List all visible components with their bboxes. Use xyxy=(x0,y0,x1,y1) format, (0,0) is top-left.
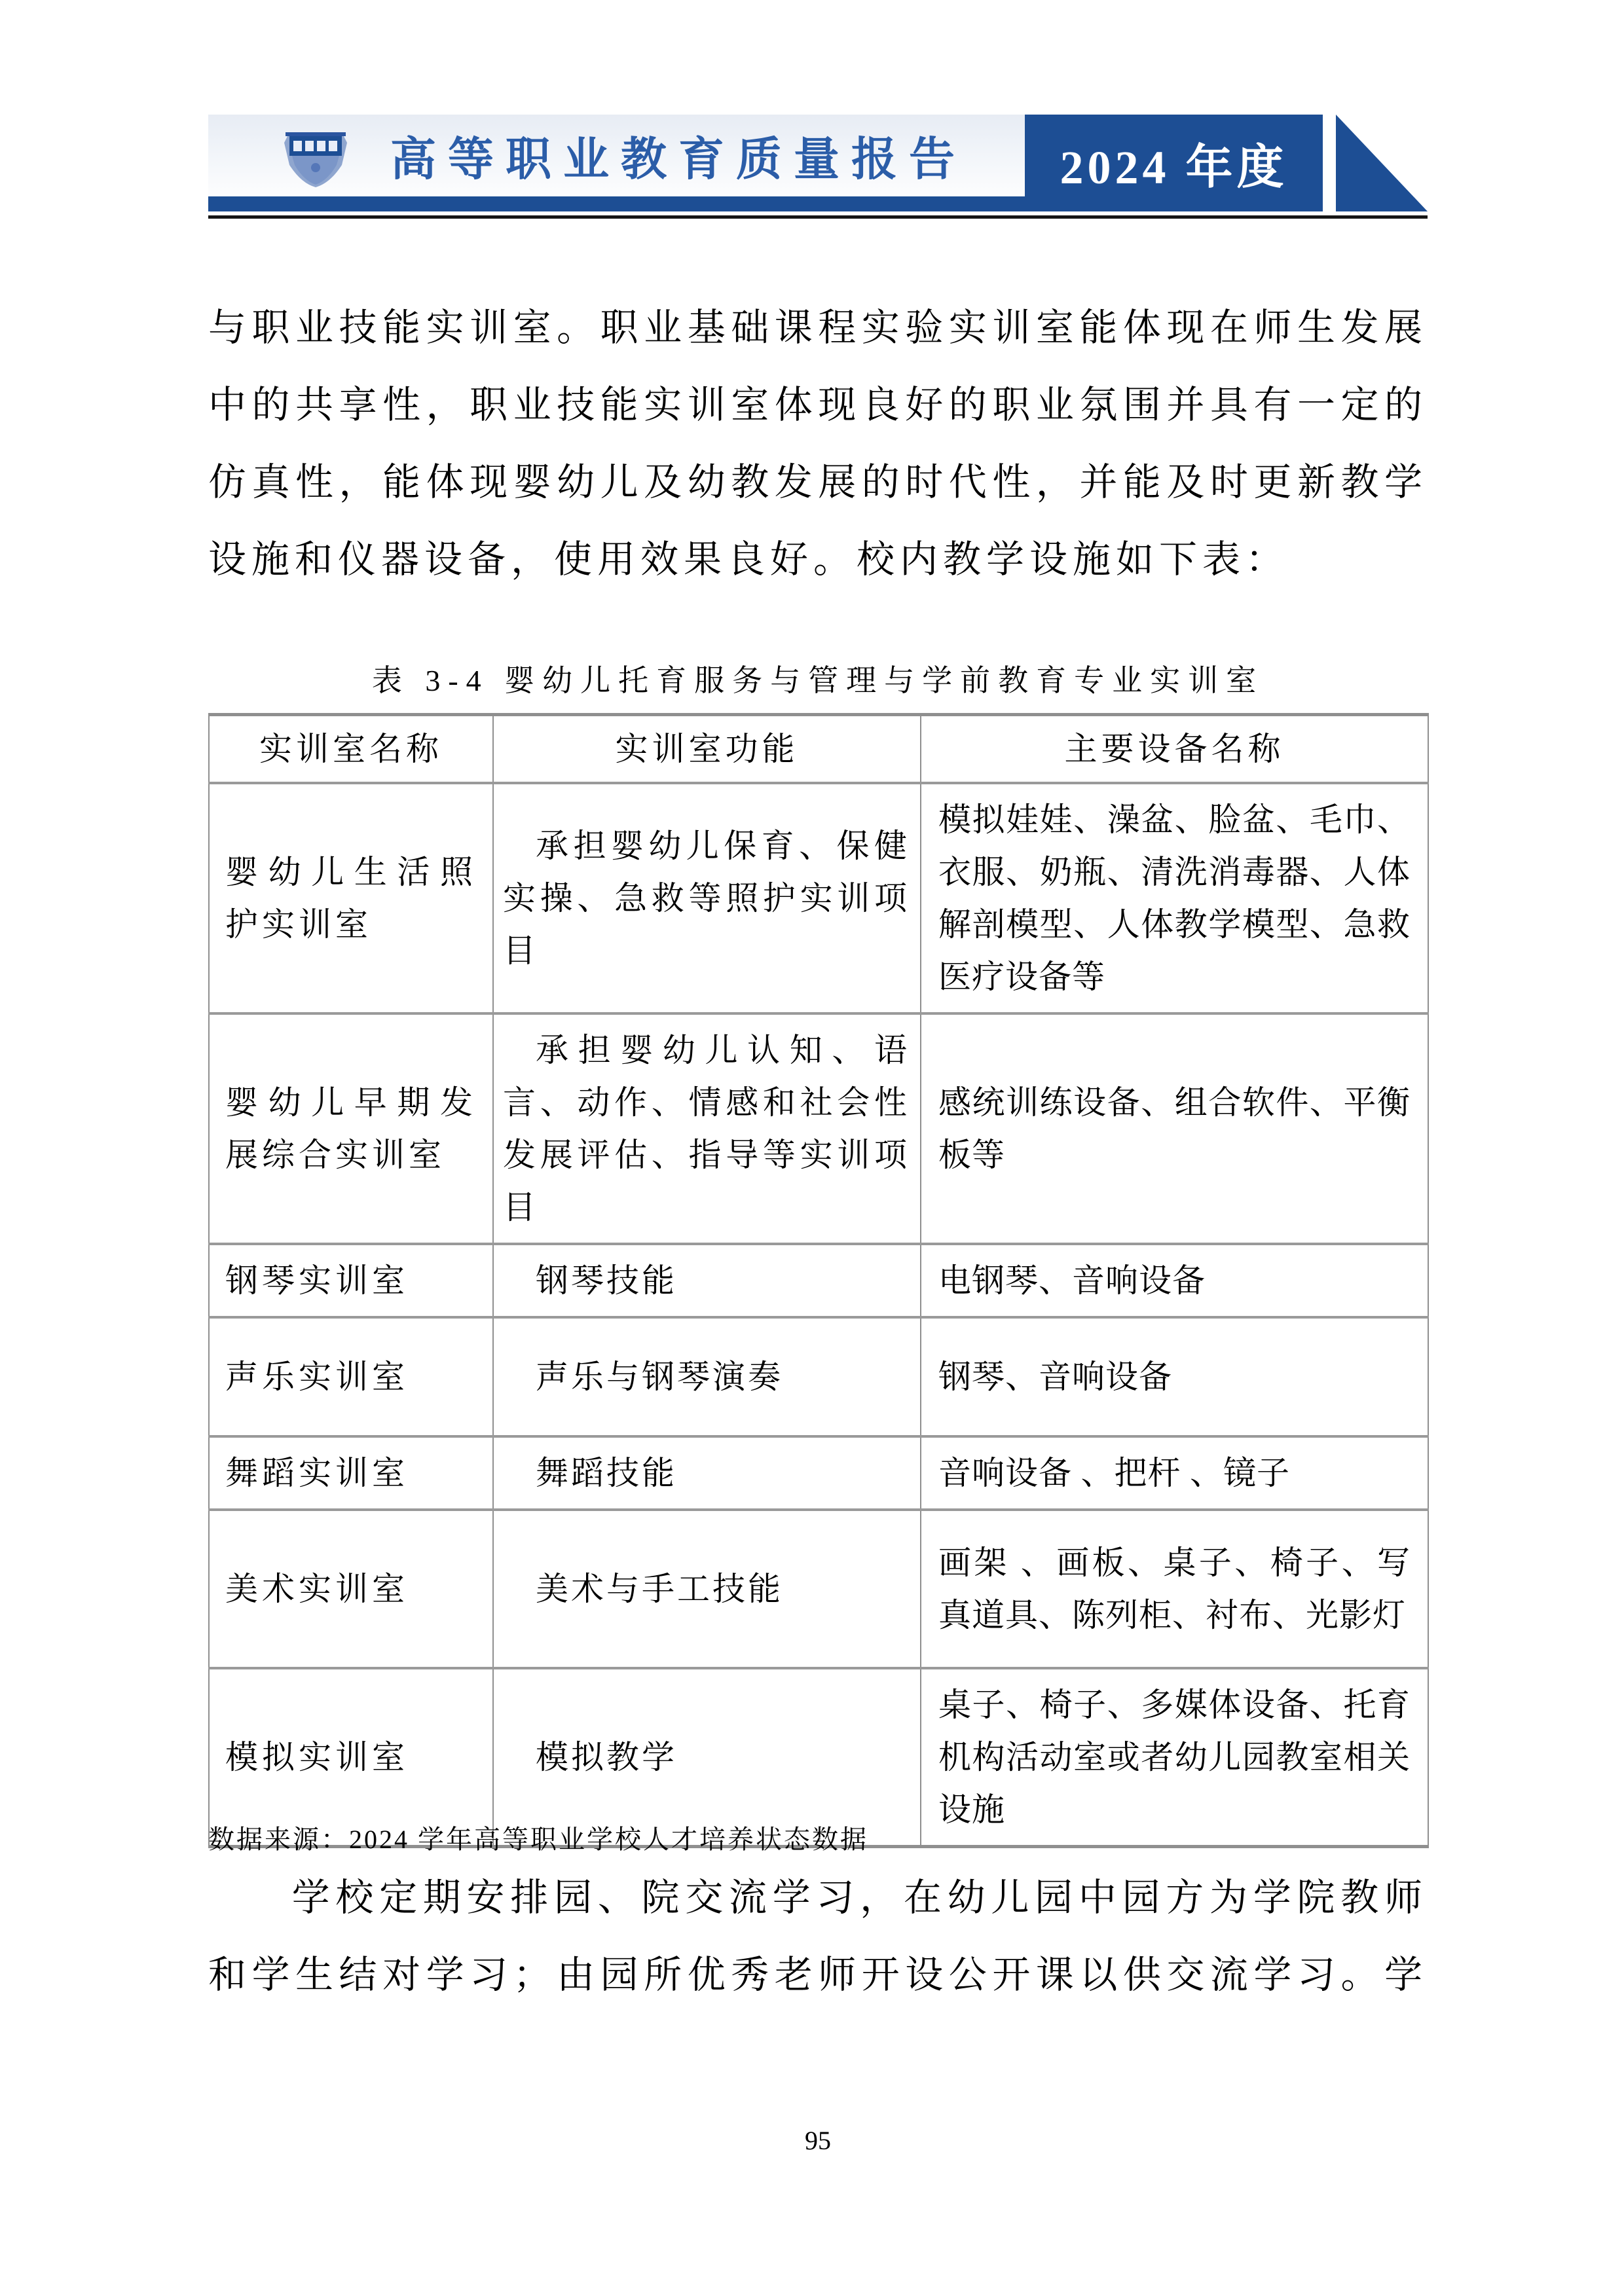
equipment-cell: 音响设备 、把杆 、镜子 xyxy=(921,1436,1428,1510)
room-name-cell: 声乐实训室 xyxy=(209,1317,493,1436)
room-function-cell: 美术与手工技能 xyxy=(493,1510,921,1668)
room-name-cell: 婴幼儿早期发展综合实训室 xyxy=(209,1013,493,1244)
table-caption: 表 3-4 婴幼儿托育服务与管理与学前教育专业实训室 xyxy=(208,660,1428,702)
table-row: 钢琴实训室 钢琴技能 电钢琴、音响设备 xyxy=(209,1244,1428,1317)
equipment-cell: 感统训练设备、组合软件、平衡板等 xyxy=(921,1013,1428,1244)
header-rule-line xyxy=(208,215,1428,219)
col-header-main-equipment: 主要设备名称 xyxy=(921,715,1428,784)
table-row: 声乐实训室 声乐与钢琴演奏 钢琴、音响设备 xyxy=(209,1317,1428,1436)
year-badge: 2024 年度 xyxy=(1025,115,1323,211)
room-name-cell: 舞蹈实训室 xyxy=(209,1436,493,1510)
header-banner-left: 高等职业教育质量报告 xyxy=(208,115,1025,196)
equipment-cell: 电钢琴、音响设备 xyxy=(921,1244,1428,1317)
room-function-cell: 舞蹈技能 xyxy=(493,1436,921,1510)
body-paragraph-2: 学校定期安排园、院交流学习，在幼儿园中园方为学院教师和学生结对学习；由园所优秀老… xyxy=(208,1859,1428,2014)
data-source-note: 数据来源：2024 学年高等职业学校人才培养状态数据 xyxy=(208,1819,1428,1856)
header-wedge-decoration xyxy=(1336,115,1428,211)
header-banner: 高等职业教育质量报告 2024 年度 xyxy=(208,115,1428,211)
room-name-cell: 婴幼儿生活照护实训室 xyxy=(209,783,493,1013)
equipment-cell: 画架 、画板、桌子、椅子、写真道具、陈列柜、衬布、光影灯 xyxy=(921,1510,1428,1668)
body-paragraph-1: 与职业技能实训室。职业基础课程实验实训室能体现在师生发展中的共享性，职业技能实训… xyxy=(208,289,1428,598)
page-number: 95 xyxy=(208,2125,1428,2156)
equipment-cell: 钢琴、音响设备 xyxy=(921,1317,1428,1436)
equipment-cell: 模拟娃娃、澡盆、脸盆、毛巾、衣服、奶瓶、清洗消毒器、人体解剖模型、人体教学模型、… xyxy=(921,783,1428,1013)
table-row: 舞蹈实训室 舞蹈技能 音响设备 、把杆 、镜子 xyxy=(209,1436,1428,1510)
room-function-cell: 承担婴幼儿保育、保健实操、急救等照护实训项目 xyxy=(493,783,921,1013)
table-header-row: 实训室名称 实训室功能 主要设备名称 xyxy=(209,715,1428,784)
table-row: 美术实训室 美术与手工技能 画架 、画板、桌子、椅子、写真道具、陈列柜、衬布、光… xyxy=(209,1510,1428,1668)
room-function-cell: 声乐与钢琴演奏 xyxy=(493,1317,921,1436)
room-name-cell: 美术实训室 xyxy=(209,1510,493,1668)
report-title: 高等职业教育质量报告 xyxy=(390,122,967,189)
document-page: 高等职业教育质量报告 2024 年度 与职业技能实训室。职业基础课程实验实训室能… xyxy=(0,0,1624,2296)
table-row: 婴幼儿生活照护实训室 承担婴幼儿保育、保健实操、急救等照护实训项目 模拟娃娃、澡… xyxy=(209,783,1428,1013)
col-header-room-name: 实训室名称 xyxy=(209,715,493,784)
col-header-room-function: 实训室功能 xyxy=(493,715,921,784)
report-emblem-icon xyxy=(279,123,352,189)
room-function-cell: 钢琴技能 xyxy=(493,1244,921,1317)
training-rooms-table: 实训室名称 实训室功能 主要设备名称 婴幼儿生活照护实训室 承担婴幼儿保育、保健… xyxy=(208,713,1429,1848)
room-function-cell: 承担婴幼儿认知、语言、动作、情感和社会性发展评估、指导等实训项目 xyxy=(493,1013,921,1244)
room-name-cell: 钢琴实训室 xyxy=(209,1244,493,1317)
table-row: 婴幼儿早期发展综合实训室 承担婴幼儿认知、语言、动作、情感和社会性发展评估、指导… xyxy=(209,1013,1428,1244)
